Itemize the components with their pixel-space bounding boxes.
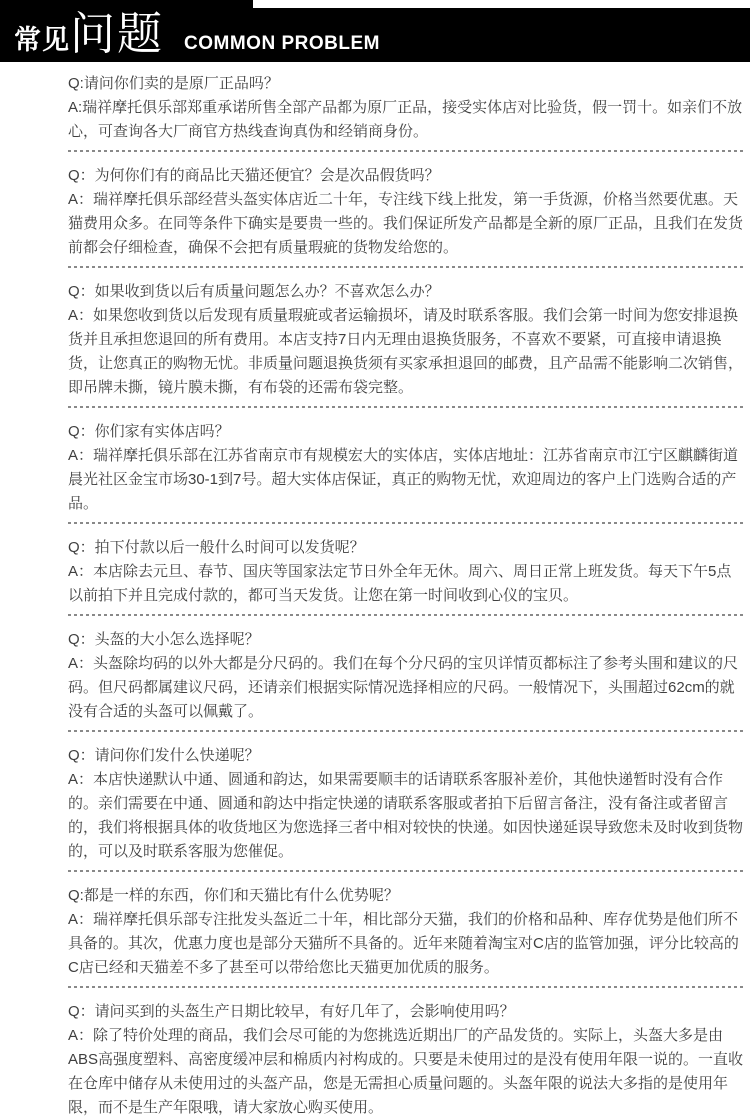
question-text: Q：拍下付款以后一般什么时间可以发货呢？: [68, 536, 744, 560]
page-header: 常见 问题 COMMON PROBLEM: [0, 0, 750, 62]
question-text: Q：为何你们有的商品比天猫还便宜？会是次品假货吗？: [68, 164, 744, 188]
answer-text: A：如果您收到货以后发现有质量瑕疵或者运输损坏，请及时联系客服。我们会第一时间为…: [68, 304, 744, 400]
answer-text: A：头盔除均码的以外大都是分尺码的。我们在每个分尺码的宝贝详情页都标注了参考头围…: [68, 652, 744, 724]
faq-section: Q：拍下付款以后一般什么时间可以发货呢？ A：本店除去元旦、春节、国庆等国家法定…: [68, 524, 744, 614]
faq-section: Q：如果收到货以后有质量问题怎么办？不喜欢怎么办？ A：如果您收到货以后发现有质…: [68, 268, 744, 406]
answer-text: A：瑞祥摩托俱乐部经营头盔实体店近二十年，专注线下线上批发，第一手货源，价格当然…: [68, 188, 744, 260]
answer-text: A：本店除去元旦、春节、国庆等国家法定节日外全年无休。周六、周日正常上班发货。每…: [68, 560, 744, 608]
question-text: Q：你们家有实体店吗？: [68, 420, 744, 444]
faq-section: Q：请问买到的头盔生产日期比较早，有好几年了，会影响使用吗？ A：除了特价处理的…: [68, 988, 744, 1120]
faq-section: Q：请问你们发什么快递呢？ A：本店快递默认中通、圆通和韵达，如果需要顺丰的话请…: [68, 732, 744, 870]
answer-text: A：除了特价处理的商品，我们会尽可能的为您挑选近期出厂的产品发货的。实际上，头盔…: [68, 1024, 744, 1120]
page-title-zh-small: 常见: [14, 18, 70, 62]
faq-section: Q:请问你们卖的是原厂正品吗？ A:瑞祥摩托俱乐部郑重承诺所售全部产品都为原厂正…: [68, 72, 744, 150]
faq-list: Q:请问你们卖的是原厂正品吗？ A:瑞祥摩托俱乐部郑重承诺所售全部产品都为原厂正…: [0, 62, 750, 1120]
faq-section: Q：你们家有实体店吗？ A：瑞祥摩托俱乐部在江苏省南京市有规模宏大的实体店，实体…: [68, 408, 744, 522]
question-text: Q：如果收到货以后有质量问题怎么办？不喜欢怎么办？: [68, 280, 744, 304]
faq-section: Q：头盔的大小怎么选择呢？ A：头盔除均码的以外大都是分尺码的。我们在每个分尺码…: [68, 616, 744, 730]
question-text: Q：头盔的大小怎么选择呢？: [68, 628, 744, 652]
answer-text: A:瑞祥摩托俱乐部郑重承诺所售全部产品都为原厂正品，接受实体店对比验货，假一罚十…: [68, 96, 744, 144]
question-text: Q:都是一样的东西，你们和天猫比有什么优势呢？: [68, 884, 744, 908]
header-title-row: 常见 问题 COMMON PROBLEM: [14, 0, 750, 62]
faq-section: Q：为何你们有的商品比天猫还便宜？会是次品假货吗？ A：瑞祥摩托俱乐部经营头盔实…: [68, 152, 744, 266]
faq-page: 常见 问题 COMMON PROBLEM Q:请问你们卖的是原厂正品吗？ A:瑞…: [0, 0, 750, 1120]
question-text: Q：请问买到的头盔生产日期比较早，有好几年了，会影响使用吗？: [68, 1000, 744, 1024]
answer-text: A：瑞祥摩托俱乐部专注批发头盔近二十年，相比部分天猫，我们的价格和品种、库存优势…: [68, 908, 744, 980]
page-title-zh-big: 问题: [70, 10, 164, 58]
page-title-en: COMMON PROBLEM: [184, 33, 380, 55]
answer-text: A：本店快递默认中通、圆通和韵达，如果需要顺丰的话请联系客服补差价，其他快递暂时…: [68, 768, 744, 864]
question-text: Q：请问你们发什么快递呢？: [68, 744, 744, 768]
question-text: Q:请问你们卖的是原厂正品吗？: [68, 72, 744, 96]
faq-section: Q:都是一样的东西，你们和天猫比有什么优势呢？ A：瑞祥摩托俱乐部专注批发头盔近…: [68, 872, 744, 986]
answer-text: A：瑞祥摩托俱乐部在江苏省南京市有规模宏大的实体店，实体店地址：江苏省南京市江宁…: [68, 444, 744, 516]
